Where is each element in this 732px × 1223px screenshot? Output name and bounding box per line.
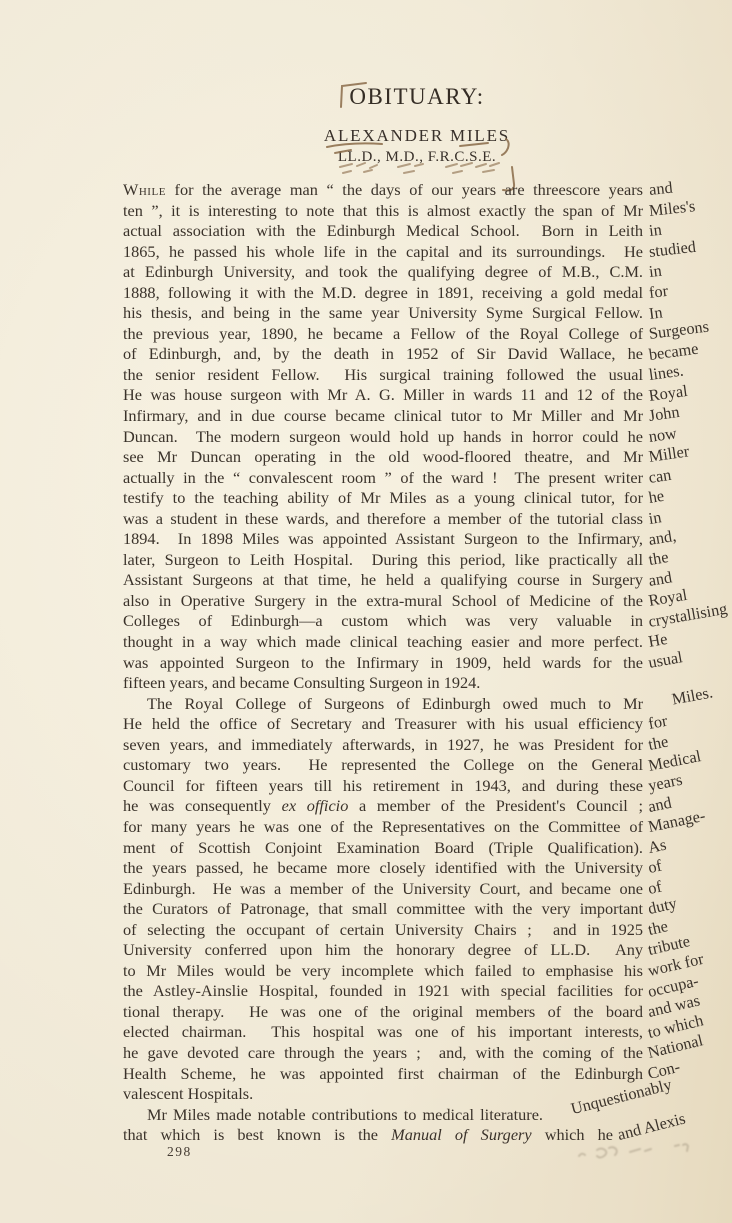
tilted-line-ending: As: [647, 836, 668, 856]
text-line-body: Edinburgh. He was a member of the Univer…: [123, 879, 643, 898]
text-line: Edinburgh. He was a member of the Univer…: [123, 879, 643, 900]
tilted-line-ending: Surgeons: [648, 319, 710, 343]
page-number: 298: [167, 1144, 192, 1160]
text-line: Colleges of Edinburgh—a custom which was…: [123, 611, 643, 632]
text-line-body: While for the average man “ the days of …: [123, 180, 643, 199]
text-line-body: Colleges of Edinburgh—a custom which was…: [123, 611, 643, 630]
text-line: ten ”, it is interesting to note that th…: [123, 201, 643, 222]
tilted-line-ending: and Alexis: [616, 1111, 687, 1144]
tilted-line-ending: he: [648, 488, 666, 506]
credentials-line: LL.D., M.D., F.R.C.S.E.: [157, 149, 677, 166]
tilted-line-ending: the: [647, 734, 670, 754]
text-line-body: the senior resident Fellow. His surgical…: [123, 365, 643, 384]
text-line: of Edinburgh, and, by the death in 1952 …: [123, 344, 643, 365]
text-line: Assistant Surgeons at that time, he held…: [123, 570, 643, 591]
text-line-body: see Mr Duncan operating in the old wood-…: [123, 447, 643, 466]
tilted-line-ending: He: [647, 631, 669, 650]
text-line-body: that which is best known is the Manual o…: [123, 1125, 613, 1144]
text-line-body: fifteen years, and became Consulting Sur…: [123, 673, 480, 692]
text-line: the Astley-Ainslie Hospital, founded in …: [123, 981, 643, 1002]
text-line-body: Duncan. The modern surgeon would hold up…: [123, 427, 643, 446]
text-line-body: of Edinburgh, and, by the death in 1952 …: [123, 344, 643, 363]
tilted-line-ending: Miles.: [647, 684, 714, 712]
tilted-line-ending: and: [647, 569, 673, 589]
text-line: was appointed Surgeon to the Infirmary i…: [123, 653, 643, 674]
text-line-body: thought in a way which made clinical tea…: [123, 632, 643, 651]
text-line-body: the Astley-Ainslie Hospital, founded in …: [123, 981, 643, 1000]
text-line: customary two years. He represented the …: [123, 755, 643, 776]
text-line-body: to Mr Miles would be very incomplete whi…: [123, 961, 643, 980]
tilted-line-ending: now: [648, 425, 678, 445]
text-line-body: 1888, following it with the M.D. degree …: [123, 283, 643, 302]
text-line: testify to the teaching ability of Mr Mi…: [123, 488, 643, 509]
text-line: later, Surgeon to Leith Hospital. During…: [123, 550, 643, 571]
text-line: for many years he was one of the Represe…: [123, 817, 643, 838]
tilted-line-ending: became: [648, 340, 699, 363]
text-line-body: valescent Hospitals.: [123, 1084, 253, 1103]
text-line: was a student in these wards, and theref…: [123, 509, 643, 530]
text-line: also in Operative Surgery in the extra-m…: [123, 591, 643, 612]
text-line-body: the Curators of Patronage, that small co…: [123, 899, 643, 918]
text-line: to Mr Miles would be very incomplete whi…: [123, 961, 643, 982]
tilted-line-ending: usual: [647, 649, 684, 671]
text-line: He was house surgeon with Mr A. G. Mille…: [123, 385, 643, 406]
text-line-body: Infirmary, and in due course became clin…: [123, 406, 643, 425]
text-line: the Curators of Patronage, that small co…: [123, 899, 643, 920]
text-line: the years passed, he became more closely…: [123, 858, 643, 879]
text-line-body: 1894. In 1898 Miles was appointed Assist…: [123, 529, 643, 548]
text-line-body: testify to the teaching ability of Mr Mi…: [123, 488, 643, 507]
text-line-body: University conferred upon him the honora…: [123, 940, 643, 959]
text-line: Council for fifteen years till his retir…: [123, 776, 643, 797]
text-line-body: The Royal College of Surgeons of Edinbur…: [147, 694, 643, 713]
text-line-body: ten ”, it is interesting to note that th…: [123, 201, 643, 220]
text-line-body: actually in the “ convalescent room ” of…: [123, 468, 643, 487]
text-line: at Edinburgh University, and took the qu…: [123, 262, 643, 283]
text-line: Duncan. The modern surgeon would hold up…: [123, 427, 643, 448]
text-line: see Mr Duncan operating in the old wood-…: [123, 447, 643, 468]
tilted-line-ending: Royal: [648, 383, 689, 404]
tilted-line-ending: John: [648, 404, 681, 424]
text-line: Health Scheme, he was appointed first ch…: [123, 1064, 643, 1085]
text-line-body: also in Operative Surgery in the extra-m…: [123, 591, 643, 610]
text-line: fifteen years, and became Consulting Sur…: [123, 673, 643, 694]
text-line: 1865, he passed his whole life in the ca…: [123, 242, 643, 263]
text-line: that which is best known is the Manual o…: [123, 1125, 613, 1146]
tilted-line-ending: of: [647, 858, 664, 877]
tilted-line-ending: studied: [648, 239, 697, 261]
text-line: actually in the “ convalescent room ” of…: [123, 468, 643, 489]
tilted-line-ending: for: [648, 283, 669, 301]
text-line-body: tional therapy. He was one of the origin…: [123, 1002, 643, 1021]
text-line: Infirmary, and in due course became clin…: [123, 406, 643, 427]
text-line-body: later, Surgeon to Leith Hospital. During…: [123, 550, 643, 569]
text-line: his thesis, and being in the same year U…: [123, 303, 643, 324]
text-line: elected chairman. This hospital was one …: [123, 1022, 643, 1043]
text-line-body: he gave devoted care through the years ;…: [123, 1043, 643, 1062]
tilted-line-ending: in: [648, 263, 662, 281]
tilted-line-ending: In: [648, 304, 663, 322]
text-line: tional therapy. He was one of the origin…: [123, 1002, 643, 1023]
deceased-name: ALEXANDER MILES: [157, 126, 677, 146]
text-line-body: his thesis, and being in the same year U…: [123, 303, 643, 322]
text-line-body: the years passed, he became more closely…: [123, 858, 643, 877]
tilted-line-ending: the: [647, 549, 669, 568]
text-line: the senior resident Fellow. His surgical…: [123, 365, 643, 386]
text-line: 1888, following it with the M.D. degree …: [123, 283, 643, 304]
text-line: thought in a way which made clinical tea…: [123, 632, 643, 653]
text-line-body: seven years, and immediately afterwards,…: [123, 735, 643, 754]
scanned-page: OBITUARY: ALEXANDER MILES LL.D., M.D., F…: [0, 0, 732, 1223]
obituary-heading: OBITUARY: ALEXANDER MILES LL.D., M.D., F…: [157, 84, 677, 166]
text-line: Mr Miles made notable contributions to m…: [123, 1105, 543, 1126]
text-line: ment of Scottish Conjoint Examination Bo…: [123, 838, 643, 859]
text-line-body: actual association with the Edinburgh Me…: [123, 221, 643, 240]
tilted-line-ending: for: [647, 713, 669, 733]
text-line-body: ment of Scottish Conjoint Examination Bo…: [123, 838, 643, 857]
text-line-body: Assistant Surgeons at that time, he held…: [123, 570, 643, 589]
text-line-body: Health Scheme, he was appointed first ch…: [123, 1064, 643, 1083]
text-line: He held the office of Secretary and Trea…: [123, 714, 643, 735]
text-line-body: the previous year, 1890, he became a Fel…: [123, 324, 643, 343]
tilted-line-ending: and: [648, 180, 673, 199]
tilted-line-ending: in: [648, 222, 662, 240]
text-line-body: for many years he was one of the Represe…: [123, 817, 643, 836]
text-line-body: of selecting the occupant of certain Uni…: [123, 920, 643, 939]
text-line-body: Council for fifteen years till his retir…: [123, 776, 643, 795]
text-line-body: was appointed Surgeon to the Infirmary i…: [123, 653, 643, 672]
text-line: the previous year, 1890, he became a Fel…: [123, 324, 643, 345]
text-line-body: he was consequently ex officio a member …: [123, 796, 643, 815]
text-line: seven years, and immediately afterwards,…: [123, 735, 643, 756]
text-line-body: elected chairman. This hospital was one …: [123, 1022, 643, 1041]
tilted-line-ending: Miller: [648, 444, 691, 466]
text-line-body: He held the office of Secretary and Trea…: [123, 714, 643, 733]
text-line-body: was a student in these wards, and theref…: [123, 509, 643, 528]
page-title: OBITUARY:: [157, 84, 677, 110]
text-line-body: He was house surgeon with Mr A. G. Mille…: [123, 385, 643, 404]
text-line: University conferred upon him the honora…: [123, 940, 643, 961]
tilted-line-ending: and,: [647, 527, 677, 547]
text-line: While for the average man “ the days of …: [123, 180, 643, 201]
text-line: of selecting the occupant of certain Uni…: [123, 920, 643, 941]
text-line: 1894. In 1898 Miles was appointed Assist…: [123, 529, 643, 550]
text-line: actual association with the Edinburgh Me…: [123, 221, 643, 242]
text-line: he was consequently ex officio a member …: [123, 796, 643, 817]
tilted-line-ending: of: [647, 878, 664, 897]
tilted-line-ending: in: [647, 509, 662, 527]
tilted-line-ending: Miles's: [648, 198, 696, 219]
obituary-body: While for the average man “ the days of …: [123, 180, 703, 1146]
text-line: The Royal College of Surgeons of Edinbur…: [123, 694, 643, 715]
text-line-body: Mr Miles made notable contributions to m…: [147, 1105, 543, 1124]
text-line-body: 1865, he passed his whole life in the ca…: [123, 242, 643, 261]
tilted-line-ending: can: [648, 467, 673, 486]
tilted-line-ending: years: [647, 772, 684, 795]
text-line-body: at Edinburgh University, and took the qu…: [123, 262, 643, 281]
text-line-body: customary two years. He represented the …: [123, 755, 643, 774]
text-line: he gave devoted care through the years ;…: [123, 1043, 643, 1064]
tilted-line-ending: duty: [647, 896, 679, 918]
tilted-line-ending: lines.: [648, 363, 685, 384]
